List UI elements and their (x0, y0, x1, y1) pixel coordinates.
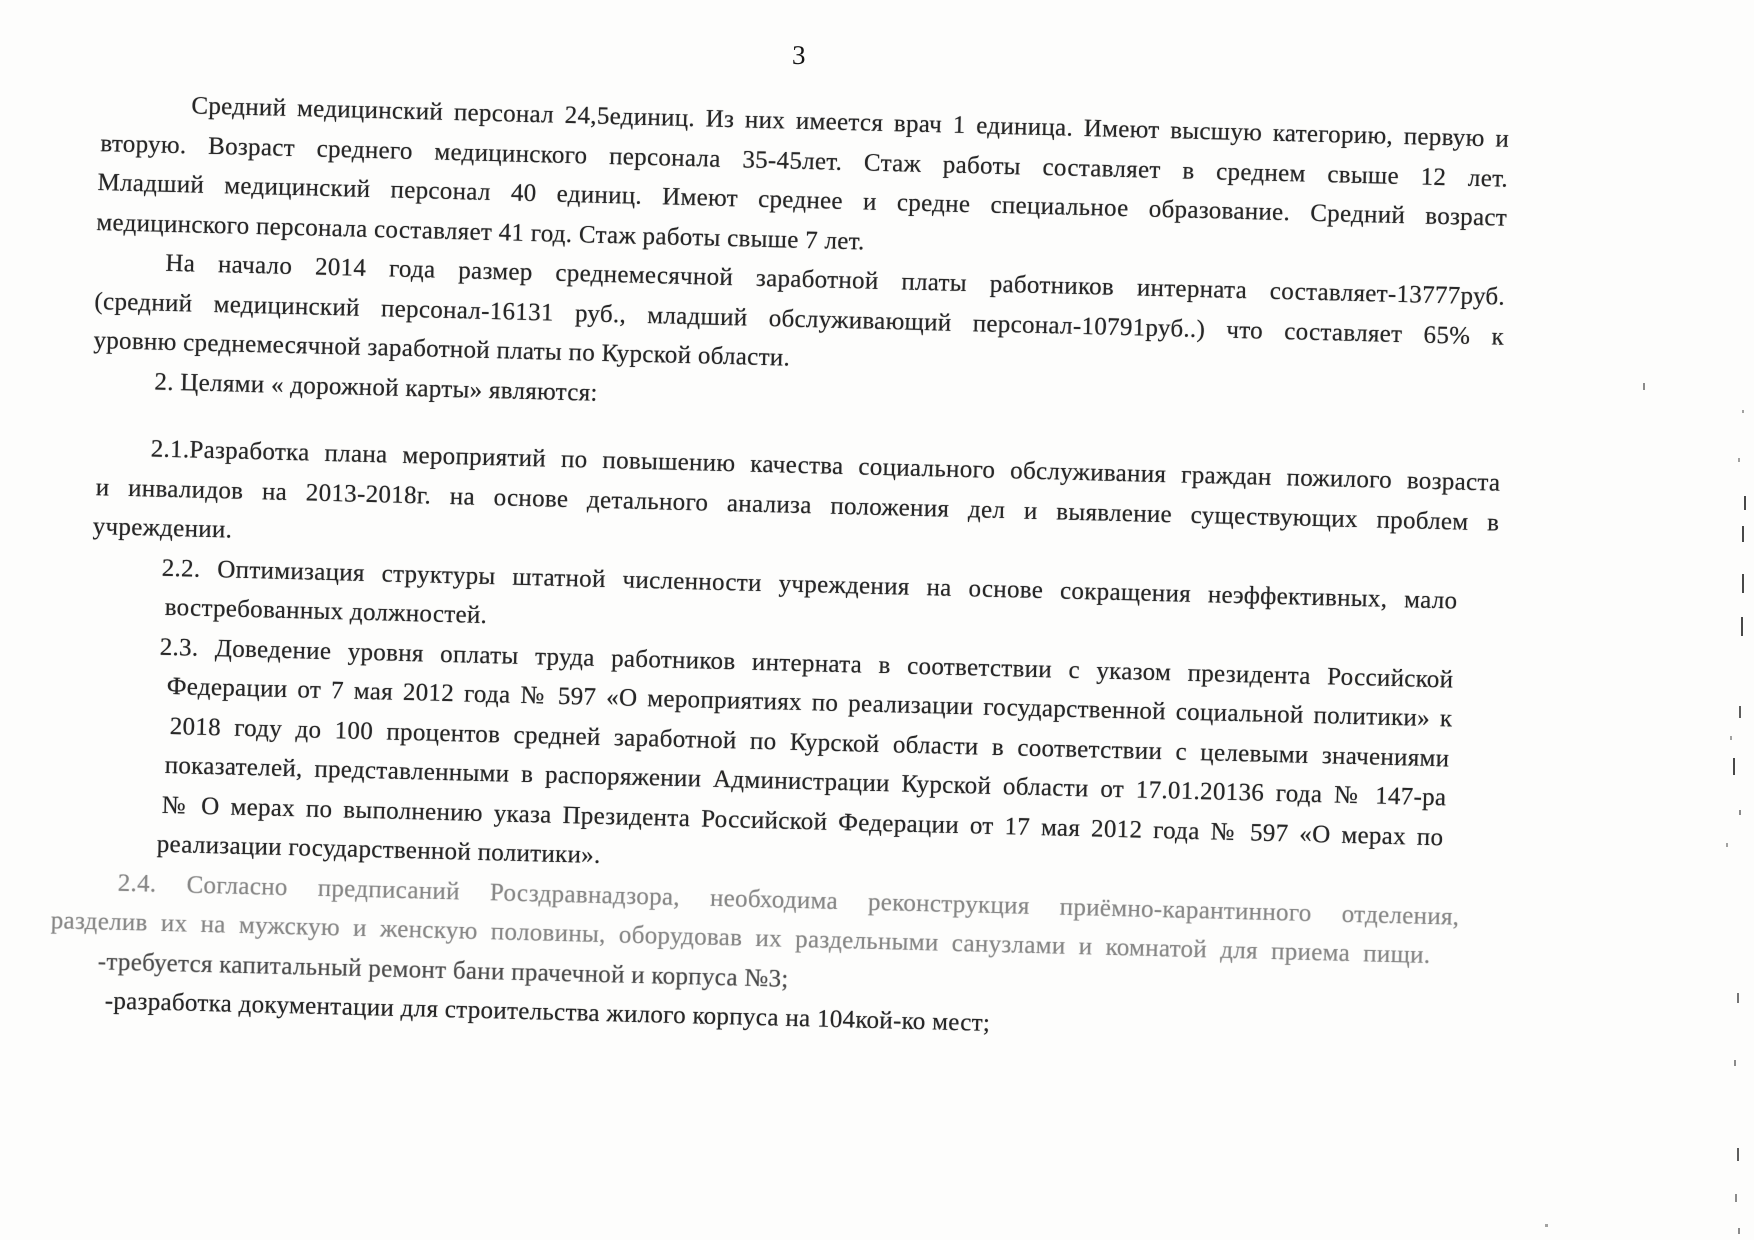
scan-artifact-mark (1739, 706, 1741, 718)
scan-artifact-mark (1737, 993, 1739, 1003)
scan-artifact-mark (1643, 383, 1645, 390)
scan-artifact-mark (1545, 1224, 1548, 1227)
scanned-document-page: 3 Средний медицинский персонал 24,5едини… (0, 0, 1754, 1240)
scan-artifact-mark (1742, 526, 1744, 542)
scan-artifact-mark (1742, 410, 1744, 413)
scan-artifact-mark (1741, 617, 1743, 636)
scan-artifact-mark (1733, 758, 1735, 775)
scan-artifact-mark (1739, 810, 1741, 815)
scan-artifact-mark (1730, 736, 1732, 740)
scan-artifact-mark (1737, 1148, 1739, 1161)
scan-artifact-mark (1734, 1060, 1736, 1066)
scan-artifact-mark (1738, 1228, 1740, 1234)
document-body: Средний медицинский персонал 24,5единиц.… (74, 84, 1509, 1056)
scan-artifact-mark (1726, 843, 1728, 847)
page-number: 3 (792, 40, 806, 71)
scan-artifact-mark (1742, 574, 1744, 593)
scan-artifact-mark (1744, 496, 1746, 510)
scan-artifact-mark (1735, 1194, 1737, 1202)
scan-artifact-mark (1738, 458, 1740, 462)
